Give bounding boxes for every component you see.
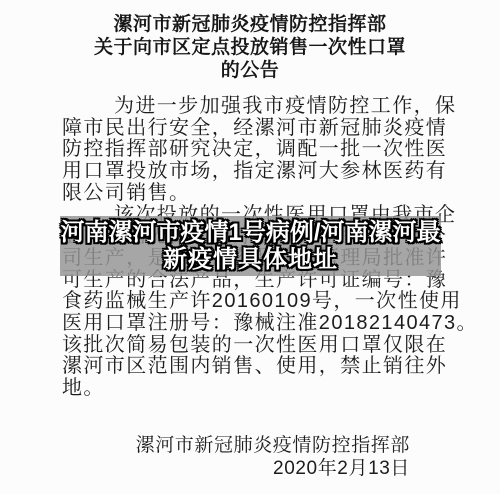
body-line: 防控指挥部研究决定，调配一批一次性医 — [62, 139, 452, 161]
body-line: 障市民出行安全，经漯河市新冠肺炎疫情 — [62, 118, 452, 140]
document-title-line-1: 漯河市新冠肺炎疫情防控指挥部 — [0, 13, 500, 36]
signature-issuer: 漯河市新冠肺炎疫情防控指挥部 — [0, 434, 410, 457]
body-line: 漯河市区范围内销售、使用，禁止销往外 — [62, 356, 452, 378]
body-line: 食药监械生产许20160109号，一次性使用 — [62, 291, 452, 313]
body-line: 用口罩投放市场，指定漯河大参林医药有 — [62, 161, 452, 183]
signature-date: 2020年2月13日 — [0, 457, 410, 480]
body-line: 为进一步加强我市疫情防控工作，保 — [62, 96, 452, 118]
document-title-line-3: 的公告 — [0, 59, 500, 82]
document-title-line-2: 关于向市区定点投放销售一次性口罩 — [0, 36, 500, 59]
body-line: 医用口罩注册号：豫械注准20182140473。 — [62, 313, 452, 335]
caption-overlay-line-1: 河南漯河市疫情1号病例/河南漯河最 — [60, 219, 440, 247]
body-line: 该批次简易包装的一次性医用口罩仅限在 — [62, 335, 452, 357]
document-page: 漯河市新冠肺炎疫情防控指挥部 关于向市区定点投放销售一次性口罩 的公告 为进一步… — [0, 0, 500, 494]
document-title: 漯河市新冠肺炎疫情防控指挥部 关于向市区定点投放销售一次性口罩 的公告 — [0, 13, 500, 82]
caption-overlay-band: 河南漯河市疫情1号病例/河南漯河最 新疫情具体地址 — [60, 216, 441, 276]
caption-overlay-line-2: 新疫情具体地址 — [163, 247, 338, 273]
body-line: 限公司销售。 — [62, 183, 452, 205]
body-line: 地。 — [62, 378, 452, 400]
signature-block: 漯河市新冠肺炎疫情防控指挥部 2020年2月13日 — [0, 434, 500, 480]
